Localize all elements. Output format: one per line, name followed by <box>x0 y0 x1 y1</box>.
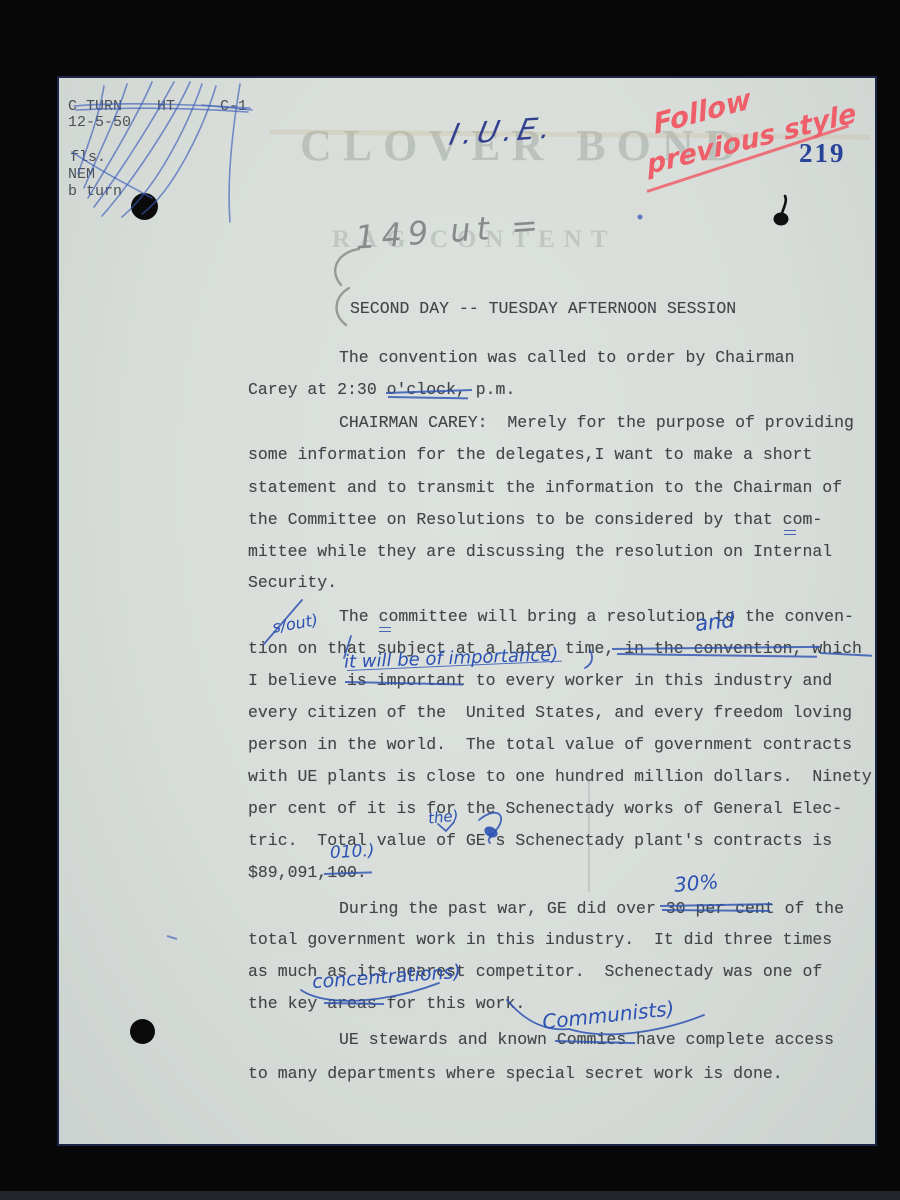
ink-blot <box>774 196 789 226</box>
typed-line-21: the key areas for this work. <box>248 994 525 1014</box>
the-insertion: the) <box>427 806 459 827</box>
capitalize-mark-committee-2 <box>379 631 391 632</box>
corner-slug-line1-right: C-1 <box>220 98 247 115</box>
communists-correction: Communists) <box>541 996 675 1034</box>
hole-punch-bottom <box>130 1019 155 1044</box>
margin-spellout-mark: s/out) <box>271 610 320 637</box>
small-blue-tick <box>167 936 177 939</box>
typed-line-4: some information for the delegates,I wan… <box>248 445 812 465</box>
corner-slug-date: 12-5-50 <box>68 114 131 131</box>
typed-line-14: with UE plants is close to one hundred m… <box>248 767 872 787</box>
scanned-document-page: CLOVER BOND RAG CONTENT C TURN HT C-1 12… <box>0 0 900 1200</box>
page-number: 219 <box>799 138 846 169</box>
typed-line-9: The committee will bring a resolution to… <box>339 607 854 627</box>
blue-ink-dot <box>638 215 643 220</box>
corner-slug-initials: NEM <box>68 166 95 183</box>
typed-line-1: The convention was called to order by Ch… <box>339 348 794 368</box>
typed-line-7: mittee while they are discussing the res… <box>248 542 832 562</box>
corner-slug-line1-left: C TURN <box>68 98 122 115</box>
typed-line-3: CHAIRMAN CAREY: Merely for the purpose o… <box>339 413 854 433</box>
session-title: SECOND DAY -- TUESDAY AFTERNOON SESSION <box>350 299 736 319</box>
and-insertion: and <box>694 608 736 636</box>
capitalize-mark-committee-1 <box>379 627 391 628</box>
typed-line-2: Carey at 2:30 o'clock, p.m. <box>248 380 515 400</box>
percent-correction: 30% <box>673 869 719 897</box>
paper-crease <box>588 772 590 892</box>
typed-line-11: I believe is important to every worker i… <box>248 671 832 691</box>
corner-slug-fls: fls. <box>70 149 106 166</box>
capitalize-mark-com-1 <box>784 530 796 531</box>
typed-line-19: total government work in this industry. … <box>248 930 832 950</box>
corner-slug-return: b turn <box>68 183 122 200</box>
typed-line-13: person in the world. The total value of … <box>248 735 852 755</box>
typed-line-6: the Committee on Resolutions to be consi… <box>248 510 822 530</box>
scanner-edge-strip <box>0 1191 900 1200</box>
typed-line-12: every citizen of the United States, and … <box>248 703 852 723</box>
capitalize-mark-com-2 <box>784 534 796 535</box>
hole-punch-top <box>131 193 158 220</box>
typed-line-5: statement and to transmit the informatio… <box>248 478 842 498</box>
typed-line-23: to many departments where special secret… <box>248 1064 783 1084</box>
corner-slug-line1-mid: HT <box>157 98 175 115</box>
typed-line-8: Security. <box>248 573 337 593</box>
amount-correction: 010.) <box>330 841 375 863</box>
typed-line-15: per cent of it is for the Schenectady wo… <box>248 799 842 819</box>
paper-sheet: CLOVER BOND RAG CONTENT C TURN HT C-1 12… <box>57 76 877 1146</box>
